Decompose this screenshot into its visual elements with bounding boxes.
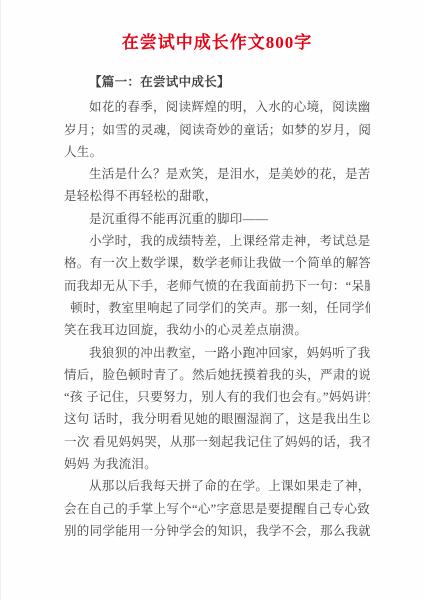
text-line: 是沉重得不能再沉重的脚印—— [64, 208, 370, 230]
text-line: 我狼狈的冲出教室，一路小跑冲回家，妈妈听了我的事 [64, 342, 370, 364]
text-line: 岁月；如雪的灵魂，阅读奇妙的童话；如梦的岁月，阅读丽 [64, 119, 370, 141]
text-line: 小学时，我的成绩特差，上课经常走神，考试总是不及 [64, 230, 370, 252]
text-line: 如花的春季，阅读辉煌的明，入水的心境，阅读幽静的 [64, 96, 370, 118]
essay-body: 【篇一：在尝试中成长】如花的春季，阅读辉煌的明，入水的心境，阅读幽静的岁月；如雪… [64, 71, 370, 542]
text-line: 从那以后我每天拼了命的在学。上课如果走了神，我就 [64, 475, 370, 497]
text-line: 顿时，教室里响起了同学们的笑声。那一刻，任同学们的取 [64, 297, 370, 319]
text-line: 别的同学能用一分钟学会的知识，我学不会，那么我就用十 [64, 520, 370, 542]
text-line: 是轻松得不再轻松的甜歌， [64, 185, 370, 207]
text-line: 会在自己的手掌上写个“心”字意思是要提醒自己专心致志。 [64, 498, 370, 520]
document-page: 在尝试中成长作文800字 【篇一：在尝试中成长】如花的春季，阅读辉煌的明，入水的… [0, 0, 424, 600]
text-line: 妈妈 为我流泪。 [64, 453, 370, 475]
text-line: 情后，脸色顿时青了。然后她抚摸着我的头，严肃的说： [64, 364, 370, 386]
text-line: 一次 看见妈妈哭，从那一刻起我记住了妈妈的话，我不再让 [64, 431, 370, 453]
text-line: 这句 话时，我分明看见她的眼圈湿润了，这是我出生以来第 [64, 408, 370, 430]
text-line: “孩 子记住，只要努力，别人有的我们也会有。”妈妈讲完 [64, 386, 370, 408]
text-line: 生活是什么？是欢笑，是泪水，是美妙的花，是苦的酒， [64, 163, 370, 185]
text-line: 笑在我耳边回旋，我幼小的心灵差点崩溃。 [64, 319, 370, 341]
text-line: 人生。 [64, 141, 370, 163]
essay-title: 在尝试中成长作文800字 [64, 30, 370, 56]
text-line: 而我却无从下手，老师气愤的在我面前扔下一句：“呆脑子！” [64, 275, 370, 297]
text-line: 格。有一次上数学课，数学老师让我做一个简单的解答题， [64, 252, 370, 274]
text-line: 【篇一：在尝试中成长】 [64, 71, 370, 93]
